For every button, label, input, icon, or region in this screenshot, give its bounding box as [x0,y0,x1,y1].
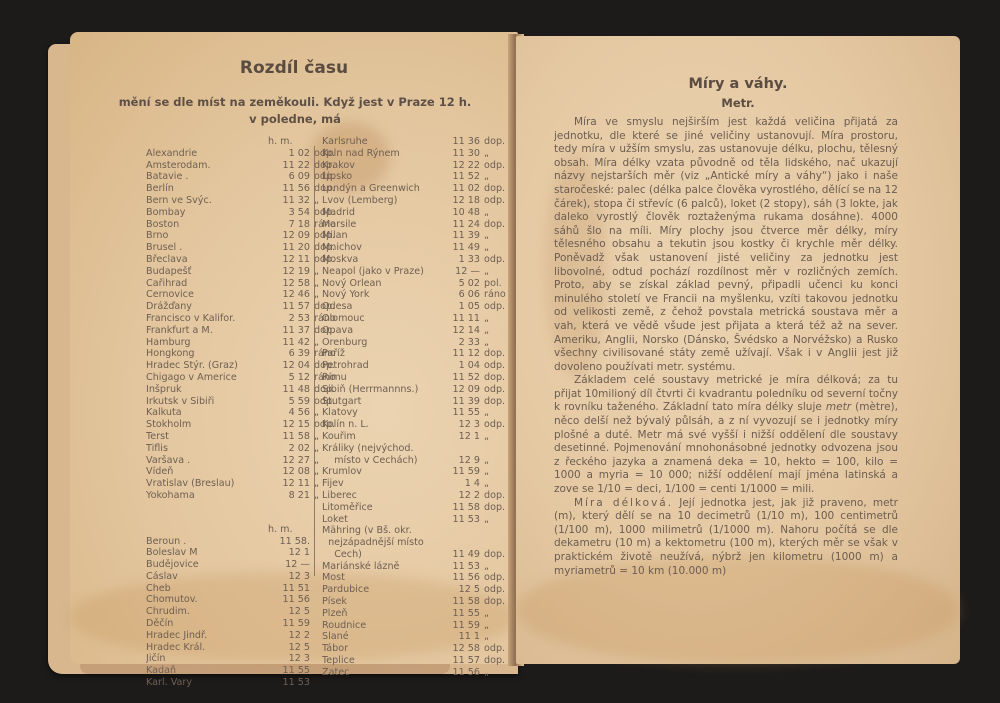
period-label: odp. [484,572,505,584]
period-label: „ [314,407,319,419]
period-label: pol. [484,278,502,290]
table-row: Vratislav (Breslau)12 11„ [146,478,336,490]
period-label: „ [484,455,489,467]
period-label: odp. [484,419,505,431]
period-label: „ [314,337,319,349]
period-label: „ [484,407,489,419]
period-label: „ [314,431,319,443]
city-name: Karlsruhe [322,136,440,148]
table-row: Litoměřice11 58dop. [322,502,506,514]
period-label: odp. [484,254,505,266]
city-name: Čech) [322,549,440,561]
city-name: Písek [322,596,440,608]
period-label: „ [484,514,489,526]
table-row: Boston7 18ráno [146,219,336,231]
period-label: „ [484,207,489,219]
time-value: 12 15 [268,419,310,431]
table-row: Yokohama8 21„ [146,490,336,502]
city-name: Alexandrie [146,148,268,160]
city-name: Madrid [322,207,440,219]
world-cities-table: h. m. Alexandrie1 02odp.Amsterodam.11 22… [146,136,336,689]
time-value: 11 42 [268,337,310,349]
period-label: odp. [484,301,505,313]
time-value: 11 49 [440,549,480,561]
time-value: 12 11 [268,254,310,266]
city-name: Kalkuta [146,407,268,419]
open-booklet: Rozdíl času mění se dle míst na zeměkoul… [0,0,1000,703]
period-label: „ [314,195,319,207]
paragraph-2-text-cont: (mètre), něco delší než bývalý půlsáh, a… [554,401,898,495]
table-row: Odesa1 05odp. [322,301,506,313]
table-row: Kadaň11 55 [146,665,336,677]
table-row: Budějovice12 — [146,559,336,571]
time-value [440,443,480,455]
time-value: 12 04 [268,360,310,372]
table-row: Lipsko11 52„ [322,171,506,183]
table-row: Chigago v Americe5 12ráno [146,372,336,384]
table-row: Klatovy11 55„ [322,407,506,419]
table-row: Loket11 53„ [322,514,506,526]
city-name: Opava [322,325,440,337]
period-label: dop. [484,183,505,195]
table-row: Chomutov.11 56 [146,594,336,606]
time-value: 12 08 [268,466,310,478]
city-name: Varšava . [146,455,268,467]
table-row: Drážďany11 57dop. [146,301,336,313]
table-row: Nový York6 06ráno [322,289,506,301]
time-value: 11 58 [268,431,310,443]
city-name: Beroun . [146,536,268,548]
city-name: Plzeň [322,608,440,620]
period-label: „ [314,466,319,478]
time-value: 12 58 [440,643,480,655]
city-name: Hradec Král. [146,642,268,654]
time-value: 12 1 [268,547,310,559]
table-row: Alexandrie1 02odp. [146,148,336,160]
time-value [440,537,480,549]
paragraph-3: Míra délková. Její jednotka jest, jak ji… [554,497,898,579]
table-row: Orenburg2 33„ [322,337,506,349]
body-text: Míra ve smyslu nejširším jest každá veli… [554,116,898,578]
table-row: Terst11 58„ [146,431,336,443]
table-row: Roudnice11 59„ [322,620,506,632]
left-page: Rozdíl času mění se dle míst na zeměkoul… [70,32,518,664]
city-name: Karl. Vary [146,677,268,689]
time-value: 1 02 [268,148,310,160]
period-label: „ [484,466,489,478]
table-row: Bombay3 54odp. [146,207,336,219]
city-name: Hradec Štýr. (Graz) [146,360,268,372]
table-row: Chrudim.12 5 [146,606,336,618]
table-row: Brno12 09odp. [146,230,336,242]
table-row: Opava12 14„ [322,325,506,337]
time-value: 11 49 [440,242,480,254]
time-value: 11 36 [440,136,480,148]
city-name: Teplice [322,655,440,667]
time-value: 11 02 [440,183,480,195]
city-name: Inšpruk [146,384,268,396]
city-name: Stutgart [322,396,440,408]
period-label: dop. [484,596,505,608]
table-row: Lvov (Lemberg)12 18odp. [322,195,506,207]
time-value: 12 2 [440,490,480,502]
paragraph-3-lead: Míra délková. [574,497,673,509]
time-value: 11 57 [268,301,310,313]
period-label: odp. [484,384,505,396]
time-value: 12 — [440,266,480,278]
time-value: 11 55 [268,665,310,677]
city-name: Frankfurt a M. [146,325,268,337]
city-name: Berlín [146,183,268,195]
city-name: Olomouc [322,313,440,325]
table-row: Štokholm12 15odp. [146,419,336,431]
time-value: 12 3 [268,653,310,665]
city-name: Loket [322,514,440,526]
table-row: Moskva1 33odp. [322,254,506,266]
time-value: 11 53 [440,514,480,526]
table-row: Nový Orlean5 02pol. [322,278,506,290]
city-name: Brusel . [146,242,268,254]
time-value: 12 18 [440,195,480,207]
time-value: 11 58 [440,502,480,514]
table-row: Krumlov11 59„ [322,466,506,478]
table-row: Slané11 1„ [322,631,506,643]
time-value: 11 32 [268,195,310,207]
city-name: Budějovice [146,559,268,571]
period-label: „ [314,490,319,502]
table-row: Boleslav M12 1 [146,547,336,559]
table-row: Mnichov11 49„ [322,242,506,254]
period-label: dop. [484,348,505,360]
time-value: 11 56 [440,572,480,584]
time-value: 11 20 [268,242,310,254]
time-value: 6 06 [440,289,480,301]
table-row: Břeclava12 11odp. [146,254,336,266]
time-value: 11 12 [440,348,480,360]
table-row: Sibiň (Herrmannns.)12 09odp. [322,384,506,396]
period-label: dop. [484,655,505,667]
period-label: „ [484,631,489,643]
city-name: Hongkong [146,348,268,360]
time-value: 12 5 [268,606,310,618]
table-row: Milan11 39„ [322,230,506,242]
page-title: Míry a váhy. [516,76,960,92]
period-label: odp. [484,584,505,596]
city-name: Mariánské lázně [322,561,440,573]
period-label: „ [484,325,489,337]
table-row: Beroun .11 58. [146,536,336,548]
city-name: Lipsko [322,171,440,183]
city-name: Tábor [322,643,440,655]
period-label: „ [484,242,489,254]
table-row: Čech)11 49dop. [322,549,506,561]
time-value: 11 48 [268,384,310,396]
city-name: Fijev [322,478,440,490]
period-label: dop. [484,490,505,502]
city-name: Drážďany [146,301,268,313]
city-name: Neapol (jako v Praze) [322,266,440,278]
period-label: „ [484,230,489,242]
table-row: Varšava .12 27„ [146,455,336,467]
time-value: 11 56 [268,594,310,606]
table-row: Neapol (jako v Praze)12 —„ [322,266,506,278]
paragraph-2: Základem celé soustavy metrické je míra … [554,374,898,496]
city-name: Vídeň [146,466,268,478]
city-name: Cheb [146,583,268,595]
city-name: Mähring (v Bš. okr. [322,525,440,537]
table-row: Děčín11 59 [146,618,336,630]
table-row: Písek11 58dop. [322,596,506,608]
time-value: 11 58. [268,536,310,548]
table-row: Irkutsk v Sibiři5 59odp. [146,396,336,408]
time-value: 6 09 [268,171,310,183]
table-row: Mariánské lázně11 53„ [322,561,506,573]
period-label: ráno [484,289,506,301]
table-row: Frankfurt a M.11 37dop. [146,325,336,337]
city-name: Děčín [146,618,268,630]
time-value: 12 09 [268,230,310,242]
unit-header: h. m. [268,136,293,148]
period-label: dop. [484,549,505,561]
time-value: 11 53 [440,561,480,573]
time-value: 11 59 [440,620,480,632]
time-value: 1 04 [440,360,480,372]
time-value: 10 48 [440,207,480,219]
time-value: 1 33 [440,254,480,266]
unit-header: h. m. [268,524,293,536]
city-name: Marsile [322,219,440,231]
table-row: Kolín n. L.12 3odp. [322,419,506,431]
page-title: Rozdíl času [70,58,518,78]
time-value: 12 5 [268,642,310,654]
time-value: 12 14 [440,325,480,337]
city-name: Vratislav (Breslau) [146,478,268,490]
table-row: Budapešť12 19„ [146,266,336,278]
time-value [440,525,480,537]
city-name: Lvov (Lemberg) [322,195,440,207]
city-name: Cařihrad [146,278,268,290]
table-row: Brusel .11 20dop. [146,242,336,254]
table-row: Římu11 52dop. [322,372,506,384]
time-value: 12 1 [440,431,480,443]
city-name: Krakov [322,160,440,172]
table-row: Kouřim12 1„ [322,431,506,443]
table-row: Králiky (nejvýchod. [322,443,506,455]
time-value: 12 9 [440,455,480,467]
period-label: „ [314,278,319,290]
table-row: Jičín12 3 [146,653,336,665]
time-value: 8 21 [268,490,310,502]
city-name: Liberec [322,490,440,502]
period-label: „ [314,455,319,467]
time-value: 12 3 [440,419,480,431]
right-page: Míry a váhy. Metr. Míra ve smyslu nejšir… [516,36,960,664]
city-name: Nový Orlean [322,278,440,290]
period-label: odp. [484,643,505,655]
time-value: 12 5 [440,584,480,596]
table-row: Marsile11 24dop. [322,219,506,231]
period-label: „ [314,478,319,490]
time-value: 11 24 [440,219,480,231]
city-name: Orenburg [322,337,440,349]
time-value: 4 56 [268,407,310,419]
time-value: 11 51 [268,583,310,595]
table-row: Žatec11 56„ [322,667,506,679]
city-name: Petrohrad [322,360,440,372]
table-row: Tábor12 58odp. [322,643,506,655]
time-value: 11 11 [440,313,480,325]
time-value: 11 55 [440,608,480,620]
city-name: Paříž [322,348,440,360]
city-name: Klatovy [322,407,440,419]
page-subtitle: mění se dle míst na zeměkouli. Když jest… [110,94,480,128]
section-heading: Metr. [516,96,960,110]
city-name: Brno [146,230,268,242]
table-row: nejzápadnější místo [322,537,506,549]
table-row: Londýn a Greenwich11 02dop. [322,183,506,195]
city-name: místo v Čechách) [322,455,440,467]
period-label: „ [314,289,319,301]
time-value: 12 — [268,559,310,571]
period-label: „ [484,337,489,349]
city-name: Pardubice [322,584,440,596]
subtitle-line-1: mění se dle míst na zeměkouli. Když jest… [110,94,480,111]
city-name: Boston [146,219,268,231]
time-value: 11 59 [268,618,310,630]
city-name: Chomutov. [146,594,268,606]
table-row: Koln nad Rýnem11 30„ [322,148,506,160]
time-value: 5 12 [268,372,310,384]
table-row: Hamburg11 42„ [146,337,336,349]
period-label: dop. [484,502,505,514]
time-value: 11 58 [440,596,480,608]
period-label: odp. [484,360,505,372]
table-row: Plzeň11 55„ [322,608,506,620]
time-value: 12 2 [268,630,310,642]
city-name: Amsterodam. [146,160,268,172]
table-row: místo v Čechách)12 9„ [322,455,506,467]
city-name: Krumlov [322,466,440,478]
table-row: Most11 56odp. [322,572,506,584]
time-value: 11 53 [268,677,310,689]
time-value: 11 55 [440,407,480,419]
table-row: Madrid10 48„ [322,207,506,219]
time-value: 1 05 [440,301,480,313]
period-label: „ [314,443,319,455]
city-name: Římu [322,372,440,384]
table-row: Kalkuta4 56„ [146,407,336,419]
time-value: 11 52 [440,372,480,384]
table-row: Cheb11 51 [146,583,336,595]
table-row: Bern ve Švýc.11 32„ [146,195,336,207]
city-name: Čáslav [146,571,268,583]
time-value: 12 19 [268,266,310,278]
time-value: 1 4 [440,478,480,490]
period-label: „ [484,561,489,573]
city-name: Londýn a Greenwich [322,183,440,195]
city-name: Terst [146,431,268,443]
table-row: Mähring (v Bš. okr. [322,525,506,537]
time-value: 11 37 [268,325,310,337]
city-name: Kouřim [322,431,440,443]
time-value: 11 52 [440,171,480,183]
city-name: Sibiň (Herrmannns.) [322,384,440,396]
time-value: 3 54 [268,207,310,219]
time-value: 11 56 [268,183,310,195]
time-value: 11 39 [440,230,480,242]
city-name: Štokholm [146,419,268,431]
table-row: Stutgart11 39dop. [322,396,506,408]
time-value: 5 02 [440,278,480,290]
table-row: Amsterodam.11 22dop. [146,160,336,172]
time-value: 12 09 [440,384,480,396]
time-value: 2 53 [268,313,310,325]
time-value: 5 59 [268,396,310,408]
table-row: Paříž11 12dop. [322,348,506,360]
period-label: „ [484,620,489,632]
city-name: Černovice [146,289,268,301]
city-name: Králiky (nejvýchod. [322,443,440,455]
table-row: Hradec Král.12 5 [146,642,336,654]
time-value: 6 39 [268,348,310,360]
table-row: Vídeň12 08„ [146,466,336,478]
time-value: 11 22 [268,160,310,172]
period-label: dop. [484,396,505,408]
subtitle-line-2: v poledne, má [110,111,480,128]
time-value: 12 3 [268,571,310,583]
table-row: Petrohrad1 04odp. [322,360,506,372]
paragraph-1: Míra ve smyslu nejširším jest každá veli… [554,116,898,374]
city-name: Most [322,572,440,584]
table-row: Fijev1 4„ [322,478,506,490]
period-label: „ [484,148,489,160]
cities-table-right: Karlsruhe11 36dop.Koln nad Rýnem11 30„Kr… [322,136,506,679]
table-row: Hongkong6 39ráno [146,348,336,360]
period-label: „ [484,608,489,620]
city-name: Francisco v Kalifor. [146,313,268,325]
city-name: Milan [322,230,440,242]
time-value: 12 22 [440,160,480,172]
city-name: nejzápadnější místo [322,537,440,549]
time-value: 2 02 [268,443,310,455]
time-value: 11 57 [440,655,480,667]
period-label: „ [484,478,489,490]
period-label: dop. [484,219,505,231]
time-value: 12 11 [268,478,310,490]
city-name: Kolín n. L. [322,419,440,431]
city-name: Chrudim. [146,606,268,618]
table-row: Olomouc11 11„ [322,313,506,325]
table-row: Hradec Štýr. (Graz)12 04dop. [146,360,336,372]
time-value: 7 18 [268,219,310,231]
period-label: odp. [484,160,505,172]
table-row: Karl. Vary11 53 [146,677,336,689]
time-value: 12 46 [268,289,310,301]
city-name: Kadaň [146,665,268,677]
time-value: 12 58 [268,278,310,290]
time-value: 11 59 [440,466,480,478]
city-name: Břeclava [146,254,268,266]
city-name: Chigago v Americe [146,372,268,384]
city-name: Boleslav M [146,547,268,559]
time-value: 11 30 [440,148,480,160]
table-row: Hradec Jindř.12 2 [146,630,336,642]
table-row: Inšpruk11 48dop. [146,384,336,396]
city-name: Batavie . [146,171,268,183]
city-name: Roudnice [322,620,440,632]
period-label: odp. [484,195,505,207]
time-value: 11 1 [440,631,480,643]
